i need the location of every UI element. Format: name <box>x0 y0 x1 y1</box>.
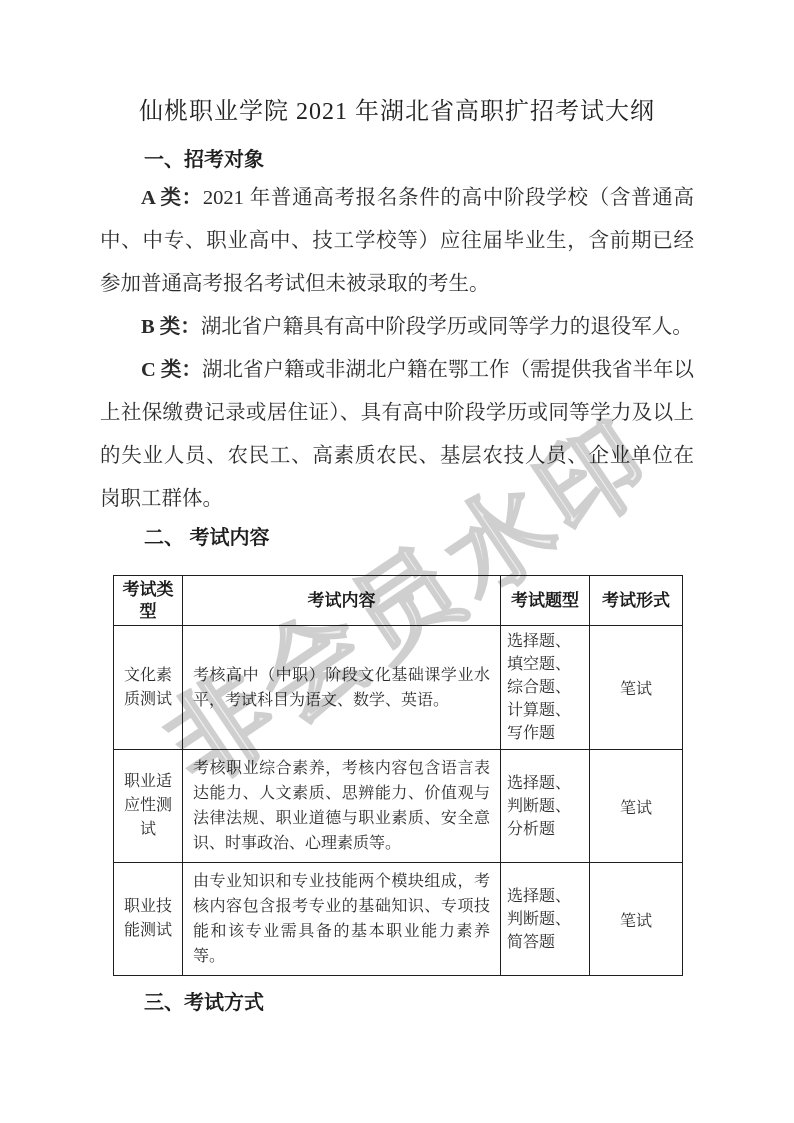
paragraph-class-b: B 类：湖北省户籍具有高中阶段学历或同等学力的退役军人。 <box>100 306 694 349</box>
cell-exam-form: 笔试 <box>590 863 683 976</box>
class-c-label: C 类： <box>141 359 202 381</box>
cell-exam-type: 文化素质测试 <box>114 626 183 750</box>
cell-question-types: 选择题、判断题、分析题 <box>501 750 590 863</box>
cell-exam-content: 考核高中（中职）阶段文化基础课学业水平，考试科目为语文、数学、英语。 <box>183 626 501 750</box>
cell-exam-content: 考核职业综合素养，考核内容包含语言表达能力、人文素质、思辨能力、价值观与法律法规… <box>183 750 501 863</box>
document-title: 仙桃职业学院 2021 年湖北省高职扩招考试大纲 <box>100 95 694 129</box>
admission-paragraphs: A 类：2021 年普通高考报名条件的高中阶段学校（含普通高中、中专、职业高中、… <box>100 177 694 521</box>
document-page: 非会员水印 仙桃职业学院 2021 年湖北省高职扩招考试大纲 一、招考对象 A … <box>0 0 794 1123</box>
cell-exam-form: 笔试 <box>590 750 683 863</box>
cell-exam-content: 由专业知识和专业技能两个模块组成，考核内容包含报考专业的基础知识、专项技能和该专… <box>183 863 501 976</box>
class-b-label: B 类： <box>141 316 201 338</box>
exam-content-table: 考试类型 考试内容 考试题型 考试形式 文化素质测试 考核高中（中职）阶段文化基… <box>113 575 683 976</box>
class-a-label: A 类： <box>141 187 203 209</box>
cell-exam-form: 笔试 <box>590 626 683 750</box>
paragraph-class-c: C 类：湖北省户籍或非湖北户籍在鄂工作（需提供我省半年以上社保缴费记录或居住证）… <box>100 349 694 521</box>
cell-question-types: 选择题、填空题、综合题、计算题、写作题 <box>501 626 590 750</box>
cell-exam-type: 职业适应性测试 <box>114 750 183 863</box>
table-row-culture-quality-test: 文化素质测试 考核高中（中职）阶段文化基础课学业水平，考试科目为语文、数学、英语… <box>114 626 683 750</box>
column-header-exam-form: 考试形式 <box>590 576 683 626</box>
column-header-exam-content: 考试内容 <box>183 576 501 626</box>
column-header-exam-type: 考试类型 <box>114 576 183 626</box>
table-header-row: 考试类型 考试内容 考试题型 考试形式 <box>114 576 683 626</box>
class-b-text: 湖北省户籍具有高中阶段学历或同等学力的退役军人。 <box>201 316 693 338</box>
table-row-vocational-skill-test: 职业技能测试 由专业知识和专业技能两个模块组成，考核内容包含报考专业的基础知识、… <box>114 863 683 976</box>
section-heading-exam-method: 三、考试方式 <box>100 988 694 1018</box>
cell-question-types: 选择题、判断题、简答题 <box>501 863 590 976</box>
column-header-question-types: 考试题型 <box>501 576 590 626</box>
class-c-text: 湖北省户籍或非湖北户籍在鄂工作（需提供我省半年以上社保缴费记录或居住证）、具有高… <box>100 359 694 510</box>
paragraph-class-a: A 类：2021 年普通高考报名条件的高中阶段学校（含普通高中、中专、职业高中、… <box>100 177 694 306</box>
section-heading-admission-targets: 一、招考对象 <box>100 145 694 175</box>
table-row-vocational-aptitude-test: 职业适应性测试 考核职业综合素养，考核内容包含语言表达能力、人文素质、思辨能力、… <box>114 750 683 863</box>
section-heading-exam-content: 二、 考试内容 <box>100 523 694 553</box>
cell-exam-type: 职业技能测试 <box>114 863 183 976</box>
